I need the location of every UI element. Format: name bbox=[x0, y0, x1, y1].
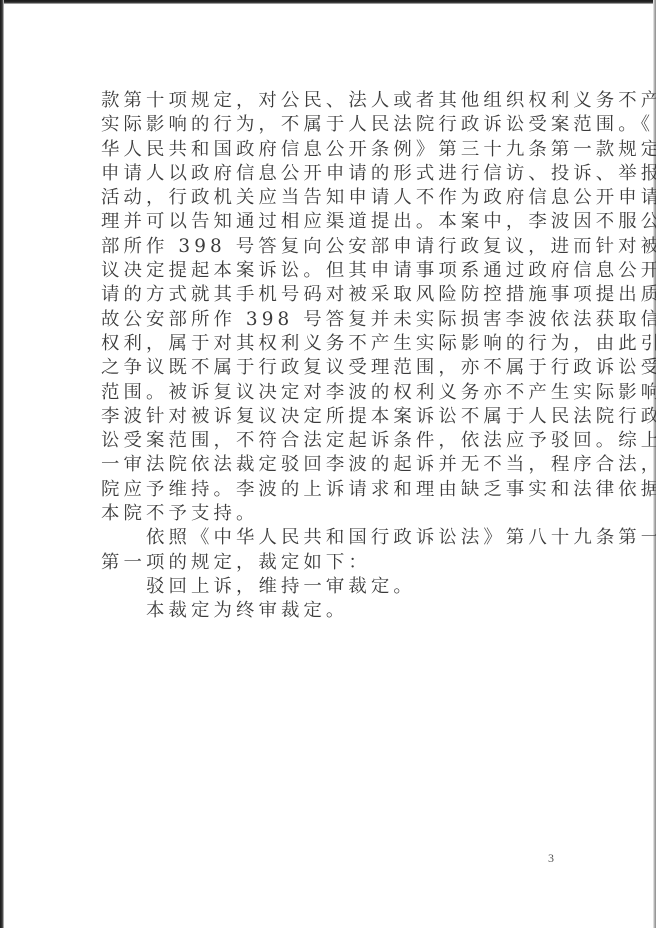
document-body: 款第十项规定，对公民、法人或者其他组织权利义务不产生 实际影响的行为，不属于人民… bbox=[101, 89, 561, 624]
text-line: 第一项的规定，裁定如下： bbox=[101, 551, 561, 575]
text-line: 院应予维持。李波的上诉请求和理由缺乏事实和法律依据， bbox=[101, 478, 561, 502]
scan-border-left bbox=[0, 0, 4, 928]
document-page: 款第十项规定，对公民、法人或者其他组织权利义务不产生 实际影响的行为，不属于人民… bbox=[0, 0, 656, 928]
text-line: 申请人以政府信息公开申请的形式进行信访、投诉、举报等 bbox=[101, 162, 561, 186]
text-line: 请的方式就其手机号码对被采取风险防控措施事项提出质询。 bbox=[101, 283, 561, 307]
text-line: 一审法院依法裁定驳回李波的起诉并无不当，程序合法，本 bbox=[101, 453, 561, 477]
text-line: 本院不予支持。 bbox=[101, 502, 561, 526]
legal-basis-paragraph: 依照《中华人民共和国行政诉讼法》第八十九条第一款 第一项的规定，裁定如下： bbox=[101, 526, 561, 575]
reasoning-paragraph: 款第十项规定，对公民、法人或者其他组织权利义务不产生 实际影响的行为，不属于人民… bbox=[101, 89, 561, 526]
finality-paragraph: 本裁定为终审裁定。 bbox=[101, 599, 561, 623]
text-line: 理并可以告知通过相应渠道提出。本案中，李波因不服公安 bbox=[101, 210, 561, 234]
ruling-paragraph: 驳回上诉，维持一审裁定。 bbox=[101, 575, 561, 599]
text-line: 本裁定为终审裁定。 bbox=[101, 599, 561, 623]
text-line: 故公安部所作 398 号答复并未实际损害李波依法获取信息的 bbox=[101, 308, 561, 332]
scan-border-top bbox=[0, 0, 656, 4]
text-line: 之争议既不属于行政复议受理范围，亦不属于行政诉讼受案 bbox=[101, 356, 561, 380]
text-line: 权利，属于对其权利义务不产生实际影响的行为，由此引发 bbox=[101, 332, 561, 356]
text-line: 议决定提起本案诉讼。但其申请事项系通过政府信息公开申 bbox=[101, 259, 561, 283]
text-line: 讼受案范围，不符合法定起诉条件，依法应予驳回。综上， bbox=[101, 429, 561, 453]
text-line: 华人民共和国政府信息公开条例》第三十九条第一款规定， bbox=[101, 138, 561, 162]
text-line: 李波针对被诉复议决定所提本案诉讼不属于人民法院行政诉 bbox=[101, 405, 561, 429]
text-line: 依照《中华人民共和国行政诉讼法》第八十九条第一款 bbox=[101, 526, 561, 550]
text-line: 活动，行政机关应当告知申请人不作为政府信息公开申请处 bbox=[101, 186, 561, 210]
text-line: 驳回上诉，维持一审裁定。 bbox=[101, 575, 561, 599]
text-line: 部所作 398 号答复向公安部申请行政复议，进而针对被诉复 bbox=[101, 235, 561, 259]
text-line: 实际影响的行为，不属于人民法院行政诉讼受案范围。《中 bbox=[101, 113, 561, 137]
page-number: 3 bbox=[548, 851, 554, 866]
text-line: 款第十项规定，对公民、法人或者其他组织权利义务不产生 bbox=[101, 89, 561, 113]
text-line: 范围。被诉复议决定对李波的权利义务亦不产生实际影响， bbox=[101, 381, 561, 405]
